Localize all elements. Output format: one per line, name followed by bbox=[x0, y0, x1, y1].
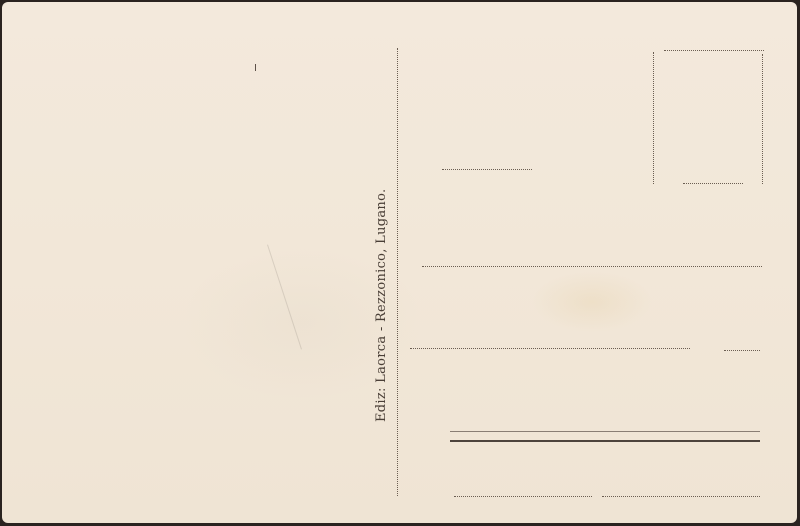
publisher-imprint: Ediz: Laorca - Rezzonico, Lugano. bbox=[374, 189, 389, 422]
paper-crease bbox=[267, 245, 302, 350]
address-line-3-end bbox=[724, 350, 760, 351]
address-line-2 bbox=[422, 266, 762, 267]
address-rule-thick bbox=[450, 440, 760, 442]
ink-speck bbox=[255, 64, 256, 71]
address-rule-thin bbox=[450, 431, 760, 432]
address-line-4-end bbox=[602, 496, 760, 497]
address-line-1 bbox=[442, 169, 532, 170]
center-divider-line bbox=[397, 48, 398, 496]
postcard-back: Ediz: Laorca - Rezzonico, Lugano. bbox=[2, 2, 797, 523]
address-line-4 bbox=[454, 496, 592, 497]
address-line-3 bbox=[410, 348, 690, 349]
